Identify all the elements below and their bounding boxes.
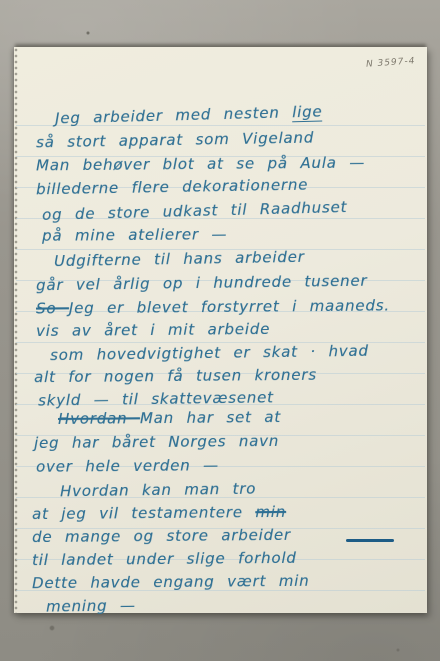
struck-word: min xyxy=(255,503,286,521)
handwritten-text: Man har set at xyxy=(140,408,281,427)
handwritten-line: og de store udkast til Raadhuset xyxy=(42,198,348,224)
handwritten-line: Jeg arbeider med nesten lige xyxy=(55,103,323,128)
struck-word: Hvordan xyxy=(58,409,140,428)
handwritten-line: Man behøver blot at se på Aula — xyxy=(36,154,365,175)
handwritten-line: til landet under slige forhold xyxy=(32,549,297,569)
handwritten-text: skyld — til skattevæsenet xyxy=(38,388,274,409)
handwritten-text: går vel årlig op i hundrede tusener xyxy=(36,272,368,295)
handwritten-line: billederne flere dekorationerne xyxy=(36,176,308,199)
handwritten-text: på mine atelierer — xyxy=(42,225,227,245)
emphasis-dash-forhold xyxy=(346,539,394,542)
handwritten-line: Dette havde engang vært min xyxy=(32,572,310,592)
handwritten-line: Udgifterne til hans arbeider xyxy=(54,248,305,270)
handwritten-line: skyld — til skattevæsenet xyxy=(38,388,274,409)
handwritten-line: går vel årlig op i hundrede tusener xyxy=(36,272,368,295)
handwritten-line: de mange og store arbeider xyxy=(32,526,291,546)
handwritten-text: jeg har båret Norges navn xyxy=(34,432,279,452)
handwritten-text: Jeg arbeider med nesten xyxy=(55,103,293,127)
handwritten-line: So Jeg er blevet forstyrret i maaneds. xyxy=(36,296,390,317)
handwritten-line: så stort apparat som Vigeland xyxy=(36,129,314,152)
manuscript-text: Jeg arbeider med nesten ligeså stort app… xyxy=(0,0,440,661)
handwritten-text: Man behøver blot at se på Aula — xyxy=(36,154,365,175)
handwritten-text: at jeg vil testamentere xyxy=(32,503,255,523)
handwritten-line: vis av året i mit arbeide xyxy=(36,320,270,340)
handwritten-line: mening — xyxy=(46,596,136,615)
handwritten-line: jeg har båret Norges navn xyxy=(34,432,279,452)
handwritten-line: på mine atelierer — xyxy=(42,225,227,245)
handwritten-text: de mange og store arbeider xyxy=(32,526,291,546)
struck-word: So xyxy=(36,299,69,317)
handwritten-text: og de store udkast til Raadhuset xyxy=(42,198,348,224)
handwritten-text: så stort apparat som Vigeland xyxy=(36,129,314,152)
handwritten-text: som hovedvigtighet er skat · hvad xyxy=(50,342,369,364)
handwritten-line: som hovedvigtighet er skat · hvad xyxy=(50,342,369,364)
handwritten-text: Jeg er blevet forstyrret i maaneds. xyxy=(69,296,390,317)
handwritten-line: Hvordan kan man tro xyxy=(60,480,256,501)
handwritten-text: Udgifterne til hans arbeider xyxy=(54,248,305,270)
handwritten-line: over hele verden — xyxy=(36,456,219,476)
handwritten-line: alt for nogen få tusen kroners xyxy=(34,366,317,386)
handwritten-line: at jeg vil testamentere min xyxy=(32,503,286,523)
underlined-word: lige xyxy=(292,103,323,123)
handwritten-text: Hvordan kan man tro xyxy=(60,480,256,501)
handwritten-text: Dette havde engang vært min xyxy=(32,572,310,592)
handwritten-text: til landet under slige forhold xyxy=(32,549,297,569)
photo-background: N 3597-4 Jeg arbeider med nesten ligeså … xyxy=(0,0,440,661)
handwritten-text: mening — xyxy=(46,596,136,615)
handwritten-text: vis av året i mit arbeide xyxy=(36,320,270,340)
handwritten-line: Hvordan Man har set at xyxy=(58,408,281,428)
handwritten-text: over hele verden — xyxy=(36,456,219,476)
handwritten-text: alt for nogen få tusen kroners xyxy=(34,366,317,386)
handwritten-text: billederne flere dekorationerne xyxy=(36,176,308,199)
